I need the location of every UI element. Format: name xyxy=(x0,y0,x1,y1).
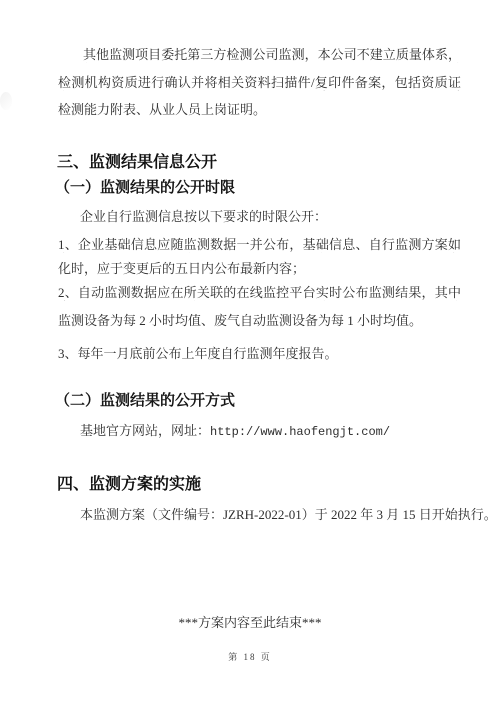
section-3-heading: 三、监测结果信息公开 xyxy=(57,154,217,171)
intro-paragraph-line-2: 检测机构资质进行确认并将相关资料扫描件/复印件备案，包括资质证书、资质 xyxy=(58,75,461,91)
list-item-1-line-1: 1、企业基础信息应随监测数据一并公布，基础信息、自行监测方案如有调整变 xyxy=(58,237,461,253)
subsection-3-2-heading: （二）监测结果的公开方式 xyxy=(55,393,235,409)
list-item-1-line-2: 化时，应于变更后的五日内公布最新内容； xyxy=(58,261,305,276)
section-4-heading: 四、监测方案的实施 xyxy=(57,476,201,493)
implementation-statement: 本监测方案（文件编号：JZRH-2022-01）于 2022 年 3 月 15 … xyxy=(80,507,497,522)
scan-smudge-artifact xyxy=(0,92,12,110)
website-label: 基地官方网站，网址： xyxy=(80,423,210,438)
subsection-3-1-heading: （一）监测结果的公开时限 xyxy=(55,180,235,196)
disclosure-method-line: 基地官方网站，网址：http://www.haofengjt.com/ xyxy=(80,423,390,440)
plan-end-note: ***方案内容至此结束*** xyxy=(0,615,500,630)
intro-paragraph-line-3: 检测能力附表、从业人员上岗证明。 xyxy=(58,102,266,117)
intro-paragraph-line-1: 其他监测项目委托第三方检测公司监测，本公司不建立质量体系，但已对 xyxy=(83,47,461,63)
list-item-3: 3、每年一月底前公布上年度自行监测年度报告。 xyxy=(58,346,338,361)
list-item-2-line-1: 2、自动监测数据应在所关联的在线监控平台实时公布监测结果，其中废水自动 xyxy=(58,285,461,301)
website-url-link[interactable]: http://www.haofengjt.com/ xyxy=(210,425,390,439)
page-number: 第 18 页 xyxy=(0,652,500,663)
list-item-2-line-2: 监测设备为每 2 小时均值、废气自动监测设备为每 1 小时均值。 xyxy=(58,313,422,328)
disclosure-time-intro: 企业自行监测信息按以下要求的时限公开： xyxy=(80,209,327,224)
document-page: 其他监测项目委托第三方检测公司监测，本公司不建立质量体系，但已对 检测机构资质进… xyxy=(0,0,500,707)
